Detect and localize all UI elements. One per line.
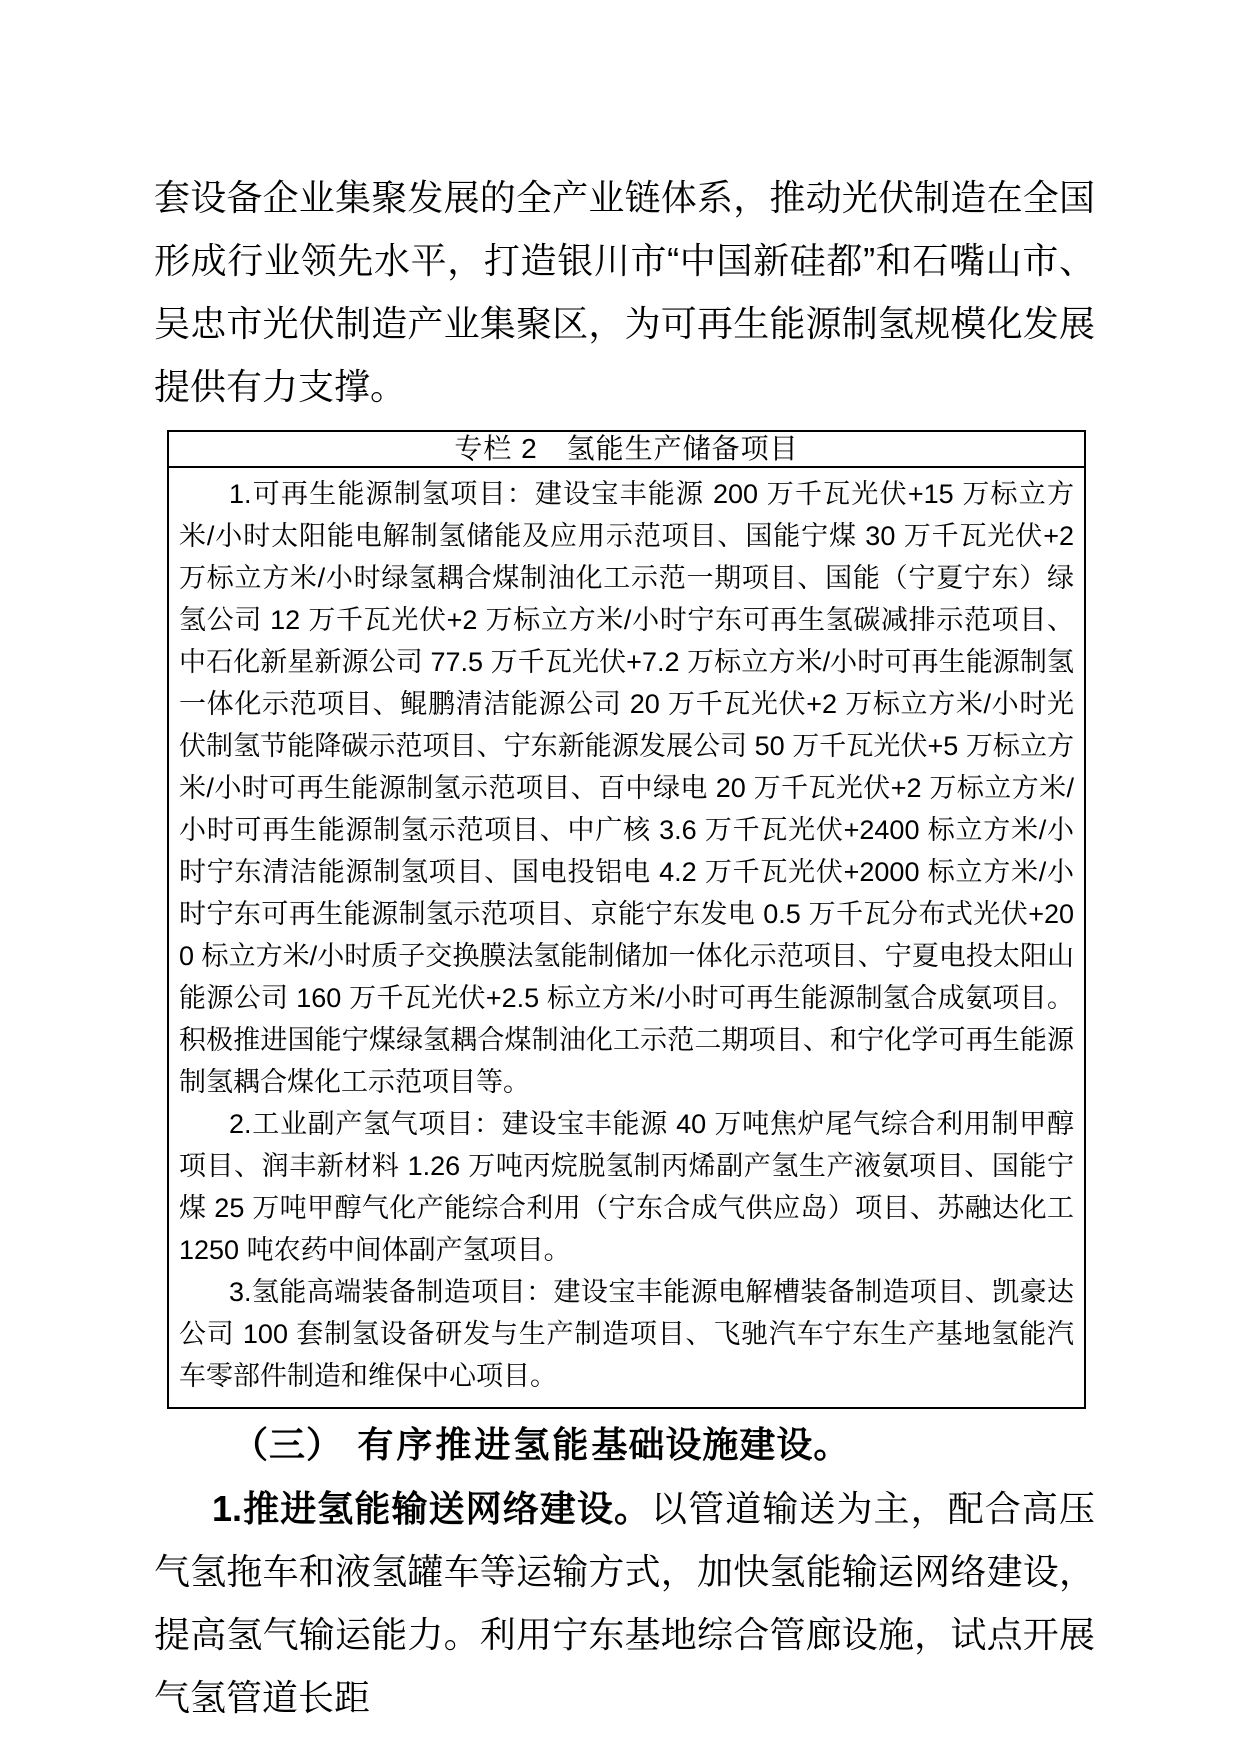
section-numbering: （三） <box>232 1424 343 1465</box>
section-heading: （三）有序推进氢能基础设施建设。 <box>154 1413 1095 1477</box>
body-paragraph: 1.推进氢能输送网络建设。以管道输送为主，配合高压气氢拖车和液氢罐车等运输方式，… <box>154 1477 1095 1729</box>
section-heading-kai-text: 有序推进氢能 <box>357 1425 591 1465</box>
document-page: 套设备企业集聚发展的全产业链体系，推动光伏制造在全国形成行业领先水平，打造银川市… <box>0 0 1240 1754</box>
box-body: 1.可再生能源制氢项目：建设宝丰能源 200 万千瓦光伏+15 万标立方米/小时… <box>169 468 1084 1407</box>
box-title: 专栏 2 氢能生产储备项目 <box>169 432 1084 468</box>
box-item-highend-equipment: 3.氢能高端装备制造项目：建设宝丰能源电解槽装备制造项目、凯豪达公司 100 套… <box>179 1271 1074 1397</box>
box-item-renewable-hydrogen: 1.可再生能源制氢项目：建设宝丰能源 200 万千瓦光伏+15 万标立方米/小时… <box>179 473 1074 1103</box>
intro-paragraph: 套设备企业集聚发展的全产业链体系，推动光伏制造在全国形成行业领先水平，打造银川市… <box>154 166 1095 418</box>
paragraph-lead: 1.推进氢能输送网络建设。 <box>212 1488 651 1529</box>
box-item-industrial-byproduct-hydrogen: 2.工业副产氢气项目：建设宝丰能源 40 万吨焦炉尾气综合利用制甲醇项目、润丰新… <box>179 1103 1074 1271</box>
highlight-box: 专栏 2 氢能生产储备项目 1.可再生能源制氢项目：建设宝丰能源 200 万千瓦… <box>167 430 1086 1409</box>
section-heading-bold-text: 基础设施建设。 <box>591 1424 850 1465</box>
